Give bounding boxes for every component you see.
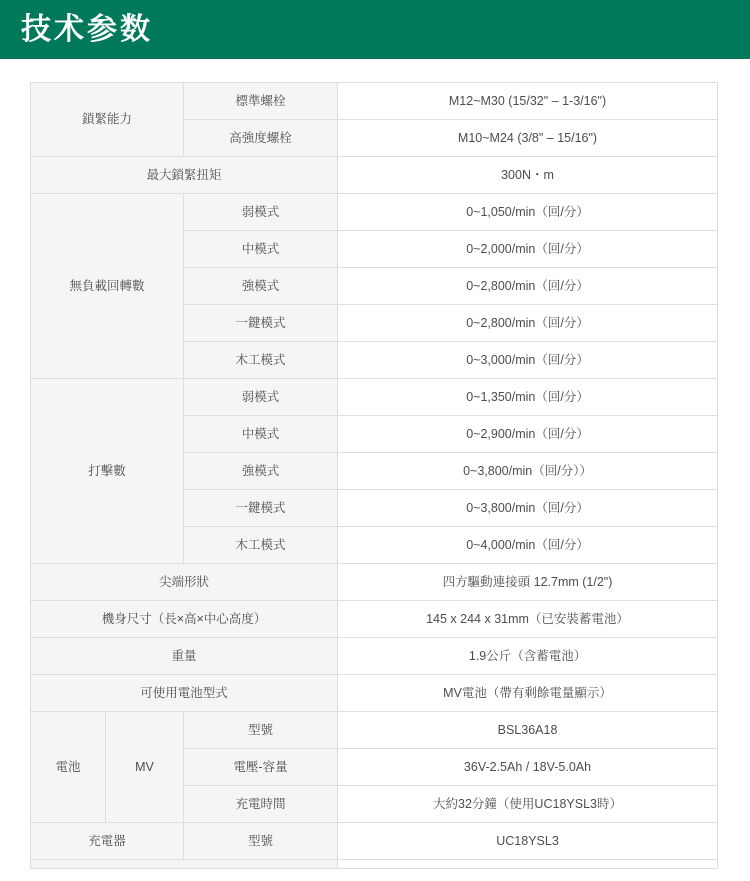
spec-value-impact-mode-wood: 0~4,000/min（回/分） xyxy=(338,527,718,564)
spec-label-no-load-mode-strong: 強模式 xyxy=(184,268,338,305)
spec-label-impact-mode-onetouch: 一鍵模式 xyxy=(184,490,338,527)
table-row: 鎖緊能力 標準螺栓 M12~M30 (15/32" – 1-3/16") xyxy=(31,83,718,120)
spec-value-high-tensile-bolt: M10~M24 (3/8" – 15/16") xyxy=(338,120,718,157)
table-row: 機身尺寸（長×高×中心高度） 145 x 244 x 31mm（已安裝蓄電池） xyxy=(31,601,718,638)
spec-label-tip-shape: 尖端形狀 xyxy=(31,564,338,601)
table-row: 電池 MV 型號 BSL36A18 xyxy=(31,712,718,749)
spec-value-standard-bolt: M12~M30 (15/32" – 1-3/16") xyxy=(338,83,718,120)
spec-value-charger-model: UC18YSL3 xyxy=(338,823,718,860)
specs-table: 鎖緊能力 標準螺栓 M12~M30 (15/32" – 1-3/16") 高強度… xyxy=(30,82,718,869)
table-row: 充電器 型號 UC18YSL3 xyxy=(31,823,718,860)
spec-value-impact-mode-strong: 0~3,800/min（回/分）） xyxy=(338,453,718,490)
spec-label-no-load-mode-weak: 弱模式 xyxy=(184,194,338,231)
spec-label-no-load-mode-wood: 木工模式 xyxy=(184,342,338,379)
spec-label-no-load-mode-onetouch: 一鍵模式 xyxy=(184,305,338,342)
spec-value-battery-voltage: 36V-2.5Ah / 18V-5.0Ah xyxy=(338,749,718,786)
spec-label-high-tensile-bolt: 高強度螺栓 xyxy=(184,120,338,157)
spec-value-impact-mode-medium: 0~2,900/min（回/分） xyxy=(338,416,718,453)
spec-value-battery-type: MV電池（帶有剩餘電量顯示） xyxy=(338,675,718,712)
spec-label-weight: 重量 xyxy=(31,638,338,675)
spec-label-battery-voltage: 電壓-容量 xyxy=(184,749,338,786)
spec-value-body-size: 145 x 244 x 31mm（已安裝蓄電池） xyxy=(338,601,718,638)
spec-value-battery-model: BSL36A18 xyxy=(338,712,718,749)
page-title: 技术参数 xyxy=(21,15,153,45)
spec-value-impact-mode-onetouch: 0~3,800/min（回/分） xyxy=(338,490,718,527)
spec-label-battery-series: MV xyxy=(106,712,184,823)
spec-value-no-load-mode-strong: 0~2,800/min（回/分） xyxy=(338,268,718,305)
spec-value-battery-charge-time: 大約32分鐘（使用UC18YSL3時） xyxy=(338,786,718,823)
spec-label-impact-mode-medium: 中模式 xyxy=(184,416,338,453)
spec-label-charger-model: 型號 xyxy=(184,823,338,860)
spec-label-standard-bolt: 標準螺栓 xyxy=(184,83,338,120)
spec-label-battery-charge-time: 充電時間 xyxy=(184,786,338,823)
spec-value-no-load-mode-medium: 0~2,000/min（回/分） xyxy=(338,231,718,268)
spec-label-impact-mode-weak: 弱模式 xyxy=(184,379,338,416)
spec-value-impact-mode-weak: 0~1,350/min（回/分） xyxy=(338,379,718,416)
spec-label-charger: 充電器 xyxy=(31,823,184,860)
spec-value-weight: 1.9公斤（含蓄電池） xyxy=(338,638,718,675)
spec-label-max-torque: 最大鎖緊扭矩 xyxy=(31,157,338,194)
spec-value-max-torque: 300N・m xyxy=(338,157,718,194)
table-row: 打擊數 弱模式 0~1,350/min（回/分） xyxy=(31,379,718,416)
spec-label-body-size: 機身尺寸（長×高×中心高度） xyxy=(31,601,338,638)
table-row: 最大鎖緊扭矩 300N・m xyxy=(31,157,718,194)
spec-label-no-load-speed: 無負載回轉數 xyxy=(31,194,184,379)
spec-label-impact-mode-wood: 木工模式 xyxy=(184,527,338,564)
table-row: 可使用電池型式 MV電池（帶有剩餘電量顯示） xyxy=(31,675,718,712)
spec-label-battery: 電池 xyxy=(31,712,106,823)
table-row: 尖端形狀 四方驅動連接頭 12.7mm (1/2") xyxy=(31,564,718,601)
truncated-value-cell xyxy=(338,860,718,869)
spec-value-tip-shape: 四方驅動連接頭 12.7mm (1/2") xyxy=(338,564,718,601)
spec-label-battery-model: 型號 xyxy=(184,712,338,749)
table-row-truncated xyxy=(31,860,718,869)
specs-section: 鎖緊能力 標準螺栓 M12~M30 (15/32" – 1-3/16") 高強度… xyxy=(30,82,720,869)
spec-label-battery-type: 可使用電池型式 xyxy=(31,675,338,712)
spec-label-lock-capacity: 鎖緊能力 xyxy=(31,83,184,157)
spec-label-no-load-mode-medium: 中模式 xyxy=(184,231,338,268)
spec-label-impact-rate: 打擊數 xyxy=(31,379,184,564)
spec-value-no-load-mode-weak: 0~1,050/min（回/分） xyxy=(338,194,718,231)
spec-label-impact-mode-strong: 強模式 xyxy=(184,453,338,490)
table-row: 無負載回轉數 弱模式 0~1,050/min（回/分） xyxy=(31,194,718,231)
page-header: 技术参数 xyxy=(0,0,750,59)
table-row: 重量 1.9公斤（含蓄電池） xyxy=(31,638,718,675)
spec-value-no-load-mode-wood: 0~3,000/min（回/分） xyxy=(338,342,718,379)
truncated-label-cell xyxy=(31,860,338,869)
spec-value-no-load-mode-onetouch: 0~2,800/min（回/分） xyxy=(338,305,718,342)
